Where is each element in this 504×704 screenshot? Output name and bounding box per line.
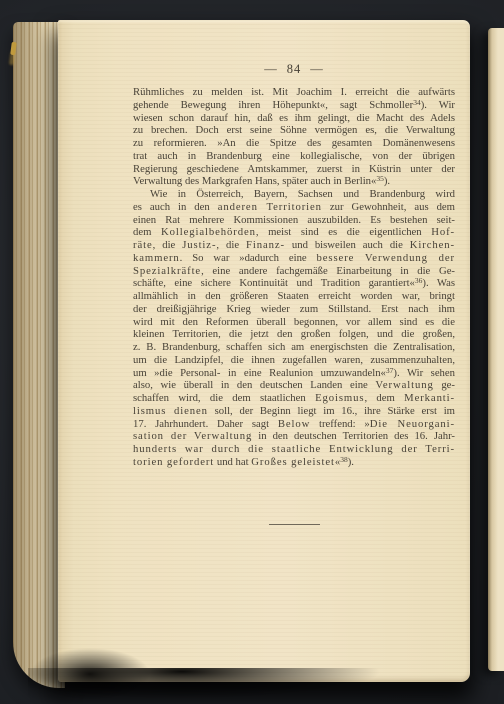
- text-line: Wie in Österreich, Bayern, Sachsen und B…: [133, 188, 455, 201]
- text-line: wird mit den Reformen überall begonnen, …: [133, 316, 455, 329]
- page-number: 84: [287, 62, 302, 76]
- text-line: Regierung geschiedene Amtskammer, zuerst…: [133, 163, 455, 176]
- book-scan-view: —84— Rühmliches zu melden ist. Mit Joach…: [0, 0, 504, 704]
- header-dash-left: —: [264, 62, 278, 76]
- text-line: Spezialkräfte, eine andere fachgemäße Ei…: [133, 265, 455, 278]
- text-line: der dreißigjährige Krieg wieder zum Stil…: [133, 303, 455, 316]
- text-line: kammern. So war »dadurch eine bessere Ve…: [133, 252, 455, 265]
- text-line: zu reformieren. »An die Spitze des gesam…: [133, 137, 455, 150]
- text-line: zu brechen. Doch erst seine Söhne vermög…: [133, 124, 455, 137]
- opposite-page-sliver: [488, 28, 504, 671]
- text-line: hunderts war durch die staatliche Entwic…: [133, 443, 455, 456]
- text-line: dem Kollegialbehörden, meist sind es die…: [133, 226, 455, 239]
- text-line: sation der Verwaltung in den deutschen T…: [133, 430, 455, 443]
- footnote-marker: 38: [340, 455, 348, 464]
- text-line: es auch in den anderen Territorien zur G…: [133, 201, 455, 214]
- text-line: Verwaltung des Markgrafen Hans, später a…: [133, 175, 455, 188]
- section-divider: [269, 524, 320, 525]
- text-line: einen Rat mehrere Kommissionen auszubild…: [133, 214, 455, 227]
- text-line: torien gefordert und hat Großes geleiste…: [133, 456, 455, 469]
- header-dash-right: —: [310, 62, 324, 76]
- text-line: lismus dienen soll, der Beginn liegt im …: [133, 405, 455, 418]
- text-line: also, wie überall in den deutschen Lande…: [133, 379, 455, 392]
- text-line: Rühmliches zu melden ist. Mit Joachim I.…: [133, 86, 455, 99]
- text-line: schaffen wird, die dem staatlichen Egois…: [133, 392, 455, 405]
- page-header: —84—: [133, 62, 455, 77]
- footnote-marker: 36: [415, 276, 423, 285]
- text-line: um »die Personal- in eine Realunion umzu…: [133, 367, 455, 380]
- text-line: schäfte, eine sichere Kontinuität und Tr…: [133, 277, 455, 290]
- text-line: räte, die Justiz-, die Finanz- und biswe…: [133, 239, 455, 252]
- footnote-marker: 35: [376, 174, 384, 183]
- book-page: —84— Rühmliches zu melden ist. Mit Joach…: [58, 20, 470, 682]
- text-line: trat auch in Brandenburg eine kollegiali…: [133, 150, 455, 163]
- text-line: wiesen schon darauf hin, daß es ihm geli…: [133, 112, 455, 125]
- text-line: kleinen Territorien, die jetzt den große…: [133, 328, 455, 341]
- text-line: allmählich in den größeren Staaten errei…: [133, 290, 455, 303]
- footnote-marker: 34: [413, 98, 421, 107]
- text-line: um die Landzipfel, die ihnen zugefallen …: [133, 354, 455, 367]
- text-block: Rühmliches zu melden ist. Mit Joachim I.…: [133, 86, 455, 469]
- footnote-marker: 37: [386, 366, 394, 375]
- text-line: 17. Jahrhundert. Daher sagt Below treffe…: [133, 418, 455, 431]
- text-line: gehende Bewegung ihren Höhepunkt«, sagt …: [133, 99, 455, 112]
- text-line: z. B. Brandenburg, schaffen sich am ener…: [133, 341, 455, 354]
